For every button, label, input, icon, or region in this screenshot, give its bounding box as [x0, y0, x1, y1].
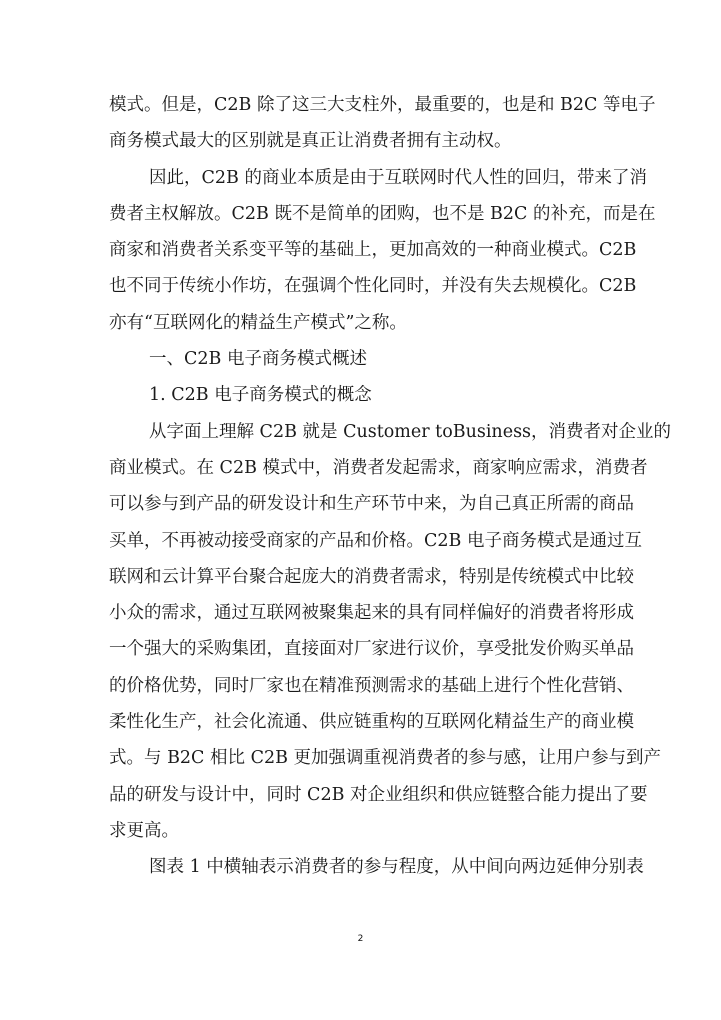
text-line: 小众的需求，通过互联网被聚集起来的具有同样偏好的消费者将形成 [109, 595, 613, 631]
text-line: 买单，不再被动接受商家的产品和价格。C2B 电子商务模式是通过互 [109, 523, 613, 559]
page-number: 2 [0, 934, 721, 944]
text-line: 柔性化生产，社会化流通、供应链重构的互联网化精益生产的商业模 [109, 704, 613, 740]
text-line: 商务模式最大的区别就是真正让消费者拥有主动权。 [109, 123, 613, 159]
text-line: 商家和消费者关系变平等的基础上，更加高效的一种商业模式。C2B [109, 232, 613, 268]
text-line: 从字面上理解 C2B 就是 Customer toBusiness，消费者对企业… [109, 414, 613, 450]
document-page: 模式。但是，C2B 除了这三大支柱外，最重要的，也是和 B2C 等电子商务模式最… [0, 0, 721, 1020]
text-line: 可以参与到产品的研发设计和生产环节中来，为自己真正所需的商品 [109, 486, 613, 522]
text-line: 费者主权解放。C2B 既不是简单的团购，也不是 B2C 的补充，而是在 [109, 196, 613, 232]
text-line: 联网和云计算平台聚合起庞大的消费者需求，特别是传统模式中比较 [109, 559, 613, 595]
text-line: 式。与 B2C 相比 C2B 更加强调重视消费者的参与感，让用户参与到产 [109, 740, 613, 776]
text-line: 商业模式。在 C2B 模式中，消费者发起需求，商家响应需求，消费者 [109, 450, 613, 486]
text-line: 亦有“互联网化的精益生产模式”之称。 [109, 305, 613, 341]
text-line: 1. C2B 电子商务模式的概念 [109, 377, 613, 413]
text-line: 一、C2B 电子商务模式概述 [109, 341, 613, 377]
body-text: 模式。但是，C2B 除了这三大支柱外，最重要的，也是和 B2C 等电子商务模式最… [109, 87, 613, 886]
text-line: 也不同于传统小作坊，在强调个性化同时，并没有失去规模化。C2B [109, 268, 613, 304]
text-line: 模式。但是，C2B 除了这三大支柱外，最重要的，也是和 B2C 等电子 [109, 87, 613, 123]
text-line: 的价格优势，同时厂家也在精准预测需求的基础上进行个性化营销、 [109, 668, 613, 704]
text-line: 品的研发与设计中，同时 C2B 对企业组织和供应链整合能力提出了要 [109, 777, 613, 813]
text-line: 一个强大的采购集团，直接面对厂家进行议价，享受批发价购买单品 [109, 631, 613, 667]
text-line: 因此，C2B 的商业本质是由于互联网时代人性的回归，带来了消 [109, 160, 613, 196]
text-line: 求更高。 [109, 813, 613, 849]
text-line: 图表 1 中横轴表示消费者的参与程度，从中间向两边延伸分别表 [109, 849, 613, 885]
